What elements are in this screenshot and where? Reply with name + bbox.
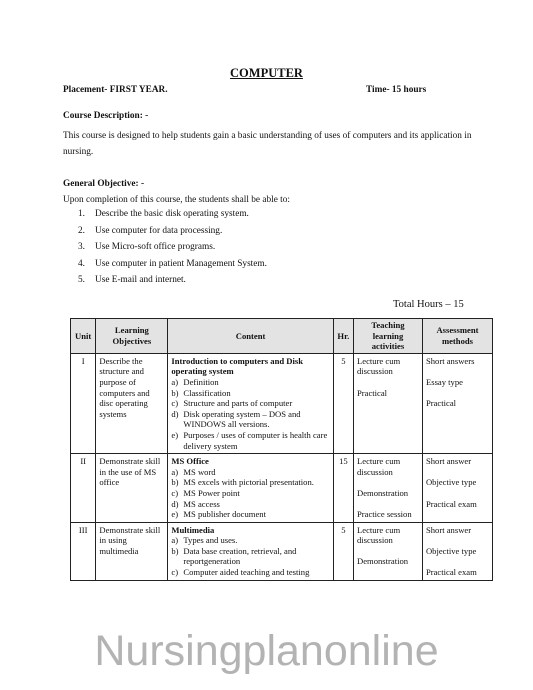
content-item: c)MS Power point [171,488,329,499]
teaching-item: Practice session [357,509,419,520]
item-label: a) [171,377,183,388]
list-text: Use E-mail and internet. [95,275,186,292]
item-text: Purposes / uses of computer is health ca… [183,430,329,451]
teaching-item: Demonstration [357,556,419,567]
content-item: b)MS excels with pictorial presentation. [171,477,329,488]
table-row: II Demonstrate skill in the use of MS of… [71,454,493,523]
content-item: b)Data base creation, retrieval, and rep… [171,546,329,567]
item-text: MS publisher document [183,509,266,520]
time-label: Time- 15 hours [366,85,426,96]
general-objective-heading: General Objective: - [63,179,144,190]
list-number: 1. [78,209,95,226]
cell-content: Introduction to computers and Disk opera… [168,353,333,453]
list-number: 5. [78,275,95,292]
cell-teaching: Lecture cum discussion Demonstration [354,522,423,580]
item-label: b) [171,477,183,488]
header-content: Content [168,319,333,354]
item-label: b) [171,546,183,567]
syllabus-table: Unit Learning Objectives Content Hr. Tea… [70,318,493,581]
list-text: Use Micro-soft office programs. [95,242,215,259]
teaching-item: Lecture cum discussion [357,456,419,477]
cell-assessment: Short answer Objective type Practical ex… [422,454,492,523]
item-text: Disk operating system – DOS and WINDOWS … [183,409,329,430]
item-label: c) [171,567,183,578]
content-item: a)MS word [171,467,329,478]
cell-teaching: Lecture cum discussion Practical [354,353,423,453]
list-item: 5.Use E-mail and internet. [78,275,267,292]
total-hours: Total Hours – 15 [393,299,464,312]
item-text: Data base creation, retrieval, and repor… [183,546,329,567]
item-text: Types and uses. [183,535,237,546]
cell-content: Multimedia a)Types and uses. b)Data base… [168,522,333,580]
objective-list: 1.Describe the basic disk operating syst… [78,209,267,292]
cell-unit: I [71,353,96,453]
list-item: 4.Use computer in patient Management Sys… [78,259,267,276]
list-text: Use computer in patient Management Syste… [95,259,267,276]
cell-hr: 5 [333,522,353,580]
item-label: d) [171,499,183,510]
content-item: c)Structure and parts of computer [171,398,329,409]
course-description-heading: Course Description: - [63,111,148,122]
list-text: Describe the basic disk operating system… [95,209,249,226]
item-text: MS access [183,499,220,510]
teaching-item: Demonstration [357,488,419,499]
cell-teaching: Lecture cum discussion Demonstration Pra… [354,454,423,523]
item-label: c) [171,398,183,409]
header-hr: Hr. [333,319,353,354]
cell-content: MS Office a)MS word b)MS excels with pic… [168,454,333,523]
content-item: a)Definition [171,377,329,388]
item-text: Computer aided teaching and testing [183,567,309,578]
item-label: a) [171,535,183,546]
cell-hr: 15 [333,454,353,523]
cell-unit: II [71,454,96,523]
cell-hr: 5 [333,353,353,453]
teaching-item: Practical [357,388,419,399]
content-title: Multimedia [171,525,329,536]
content-item: e)Purposes / uses of computer is health … [171,430,329,451]
content-list: a)Definition b)Classification c)Structur… [171,377,329,451]
teaching-item: Lecture cum discussion [357,356,419,377]
cell-unit: III [71,522,96,580]
content-title: MS Office [171,456,329,467]
cell-assessment: Short answer Objective type Practical ex… [422,522,492,580]
item-text: Classification [183,388,230,399]
list-item: 2.Use computer for data processing. [78,226,267,243]
assessment-item: Short answer [426,525,489,536]
cell-objectives: Demonstrate skill in using multimedia [96,522,168,580]
assessment-item: Short answer [426,456,489,467]
cell-objectives: Demonstrate skill in the use of MS offic… [96,454,168,523]
cell-objectives: Describe the structure and purpose of co… [96,353,168,453]
list-item: 3.Use Micro-soft office programs. [78,242,267,259]
course-description-text: This course is designed to help students… [63,128,483,160]
list-number: 3. [78,242,95,259]
cell-assessment: Short answers Essay type Practical [422,353,492,453]
content-list: a)Types and uses. b)Data base creation, … [171,535,329,577]
item-label: d) [171,409,183,430]
item-text: MS Power point [183,488,239,499]
page-title: COMPUTER [0,66,533,81]
assessment-item: Practical exam [426,567,489,578]
content-title: Introduction to computers and Disk opera… [171,356,329,377]
item-text: MS word [183,467,215,478]
general-objective-intro: Upon completion of this course, the stud… [63,195,290,206]
item-text: Definition [183,377,218,388]
table-row: I Describe the structure and purpose of … [71,353,493,453]
content-item: d)Disk operating system – DOS and WINDOW… [171,409,329,430]
item-label: e) [171,509,183,520]
item-label: a) [171,467,183,478]
item-label: b) [171,388,183,399]
item-text: MS excels with pictorial presentation. [183,477,314,488]
list-number: 4. [78,259,95,276]
assessment-item: Practical exam [426,499,489,510]
assessment-item: Objective type [426,477,489,488]
content-item: c)Computer aided teaching and testing [171,567,329,578]
header-teaching: Teaching learning activities [354,319,423,354]
table-row: III Demonstrate skill in using multimedi… [71,522,493,580]
assessment-item: Practical [426,398,489,409]
content-item: a)Types and uses. [171,535,329,546]
item-label: e) [171,430,183,451]
list-item: 1.Describe the basic disk operating syst… [78,209,267,226]
header-assessment: Assessment methods [422,319,492,354]
content-item: d)MS access [171,499,329,510]
item-label: c) [171,488,183,499]
content-item: e)MS publisher document [171,509,329,520]
list-number: 2. [78,226,95,243]
assessment-item: Objective type [426,546,489,557]
content-list: a)MS word b)MS excels with pictorial pre… [171,467,329,520]
assessment-item: Short answers [426,356,489,367]
content-item: b)Classification [171,388,329,399]
list-text: Use computer for data processing. [95,226,222,243]
item-text: Structure and parts of computer [183,398,292,409]
placement-label: Placement- FIRST YEAR. [63,85,168,96]
teaching-item: Lecture cum discussion [357,525,419,546]
assessment-item: Essay type [426,377,489,388]
table-header-row: Unit Learning Objectives Content Hr. Tea… [71,319,493,354]
header-unit: Unit [71,319,96,354]
header-objectives: Learning Objectives [96,319,168,354]
watermark: Nursingplanonline [0,626,533,678]
